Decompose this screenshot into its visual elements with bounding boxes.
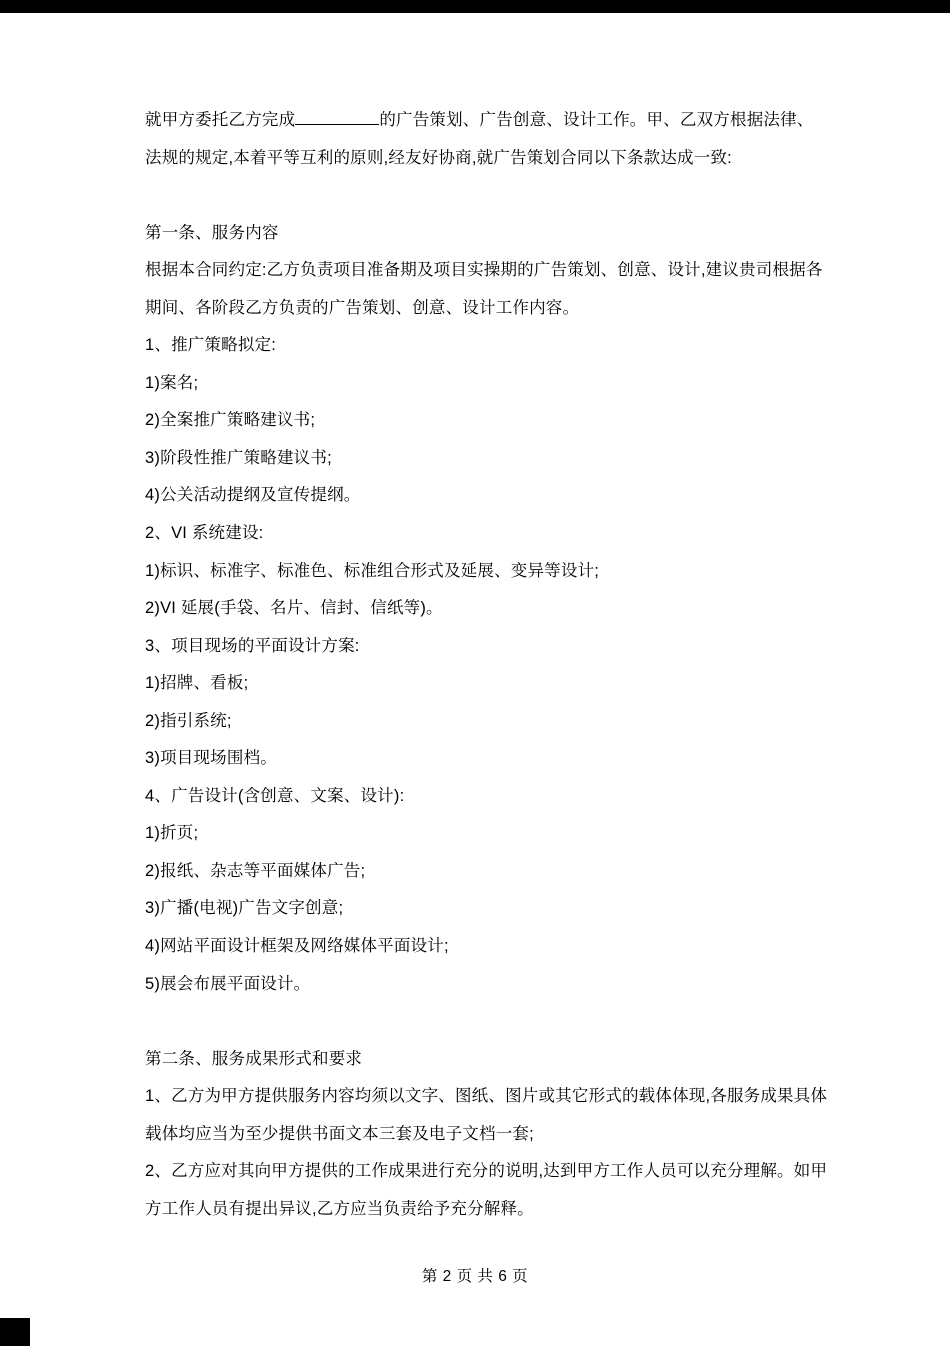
doc-line: 2、VI 系统建设: bbox=[145, 515, 817, 553]
doc-line: 4、广告设计(含创意、文案、设计): bbox=[145, 778, 817, 816]
doc-line: 1、推广策略拟定: bbox=[145, 327, 817, 365]
doc-line: 1、乙方为甲方提供服务内容均须以文字、图纸、图片或其它形式的载体体现,各服务成果… bbox=[145, 1078, 817, 1116]
contract-document-page: 就甲方委托乙方完成的广告策划、广告创意、设计工作。甲、乙双方根据法律、法规的规定… bbox=[0, 0, 950, 1346]
doc-line: 1)标识、标准字、标准色、标准组合形式及延展、变异等设计; bbox=[145, 553, 817, 591]
doc-line: 1)招牌、看板; bbox=[145, 665, 817, 703]
doc-line: 3)阶段性推广策略建议书; bbox=[145, 440, 817, 478]
blank-underline bbox=[295, 122, 379, 125]
doc-line: 4)公关活动提纲及宣传提纲。 bbox=[145, 477, 817, 515]
doc-line: 4)网站平面设计框架及网络媒体平面设计; bbox=[145, 928, 817, 966]
doc-line: 1)案名; bbox=[145, 365, 817, 403]
doc-line: 就甲方委托乙方完成的广告策划、广告创意、设计工作。甲、乙双方根据法律、 bbox=[145, 102, 817, 140]
doc-line: 期间、各阶段乙方负责的广告策划、创意、设计工作内容。 bbox=[145, 290, 817, 328]
doc-blank-line bbox=[145, 177, 817, 215]
doc-line: 2)报纸、杂志等平面媒体广告; bbox=[145, 853, 817, 891]
doc-line: 根据本合同约定:乙方负责项目准备期及项目实操期的广告策划、创意、设计,建议贵司根… bbox=[145, 252, 817, 290]
doc-line: 2、乙方应对其向甲方提供的工作成果进行充分的说明,达到甲方工作人员可以充分理解。… bbox=[145, 1153, 817, 1191]
doc-line: 5)展会布展平面设计。 bbox=[145, 966, 817, 1004]
section-heading: 第二条、服务成果形式和要求 bbox=[145, 1041, 817, 1079]
doc-line: 1)折页; bbox=[145, 815, 817, 853]
doc-line: 3)项目现场围档。 bbox=[145, 740, 817, 778]
top-bar bbox=[0, 0, 950, 13]
document-body: 就甲方委托乙方完成的广告策划、广告创意、设计工作。甲、乙双方根据法律、法规的规定… bbox=[145, 102, 817, 1228]
section-heading: 第一条、服务内容 bbox=[145, 215, 817, 253]
doc-line: 3、项目现场的平面设计方案: bbox=[145, 628, 817, 666]
doc-line: 2)VI 延展(手袋、名片、信封、信纸等)。 bbox=[145, 590, 817, 628]
doc-blank-line bbox=[145, 1003, 817, 1041]
page-footer: 第 2 页 共 6 页 bbox=[0, 1262, 950, 1292]
doc-line: 法规的规定,本着平等互利的原则,经友好协商,就广告策划合同以下条款达成一致: bbox=[145, 140, 817, 178]
doc-line: 2)指引系统; bbox=[145, 703, 817, 741]
doc-line: 3)广播(电视)广告文字创意; bbox=[145, 890, 817, 928]
doc-line: 2)全案推广策略建议书; bbox=[145, 402, 817, 440]
corner-mark bbox=[0, 1318, 30, 1346]
doc-line: 方工作人员有提出异议,乙方应当负责给予充分解释。 bbox=[145, 1191, 817, 1229]
doc-line: 载体均应当为至少提供书面文本三套及电子文档一套; bbox=[145, 1116, 817, 1154]
